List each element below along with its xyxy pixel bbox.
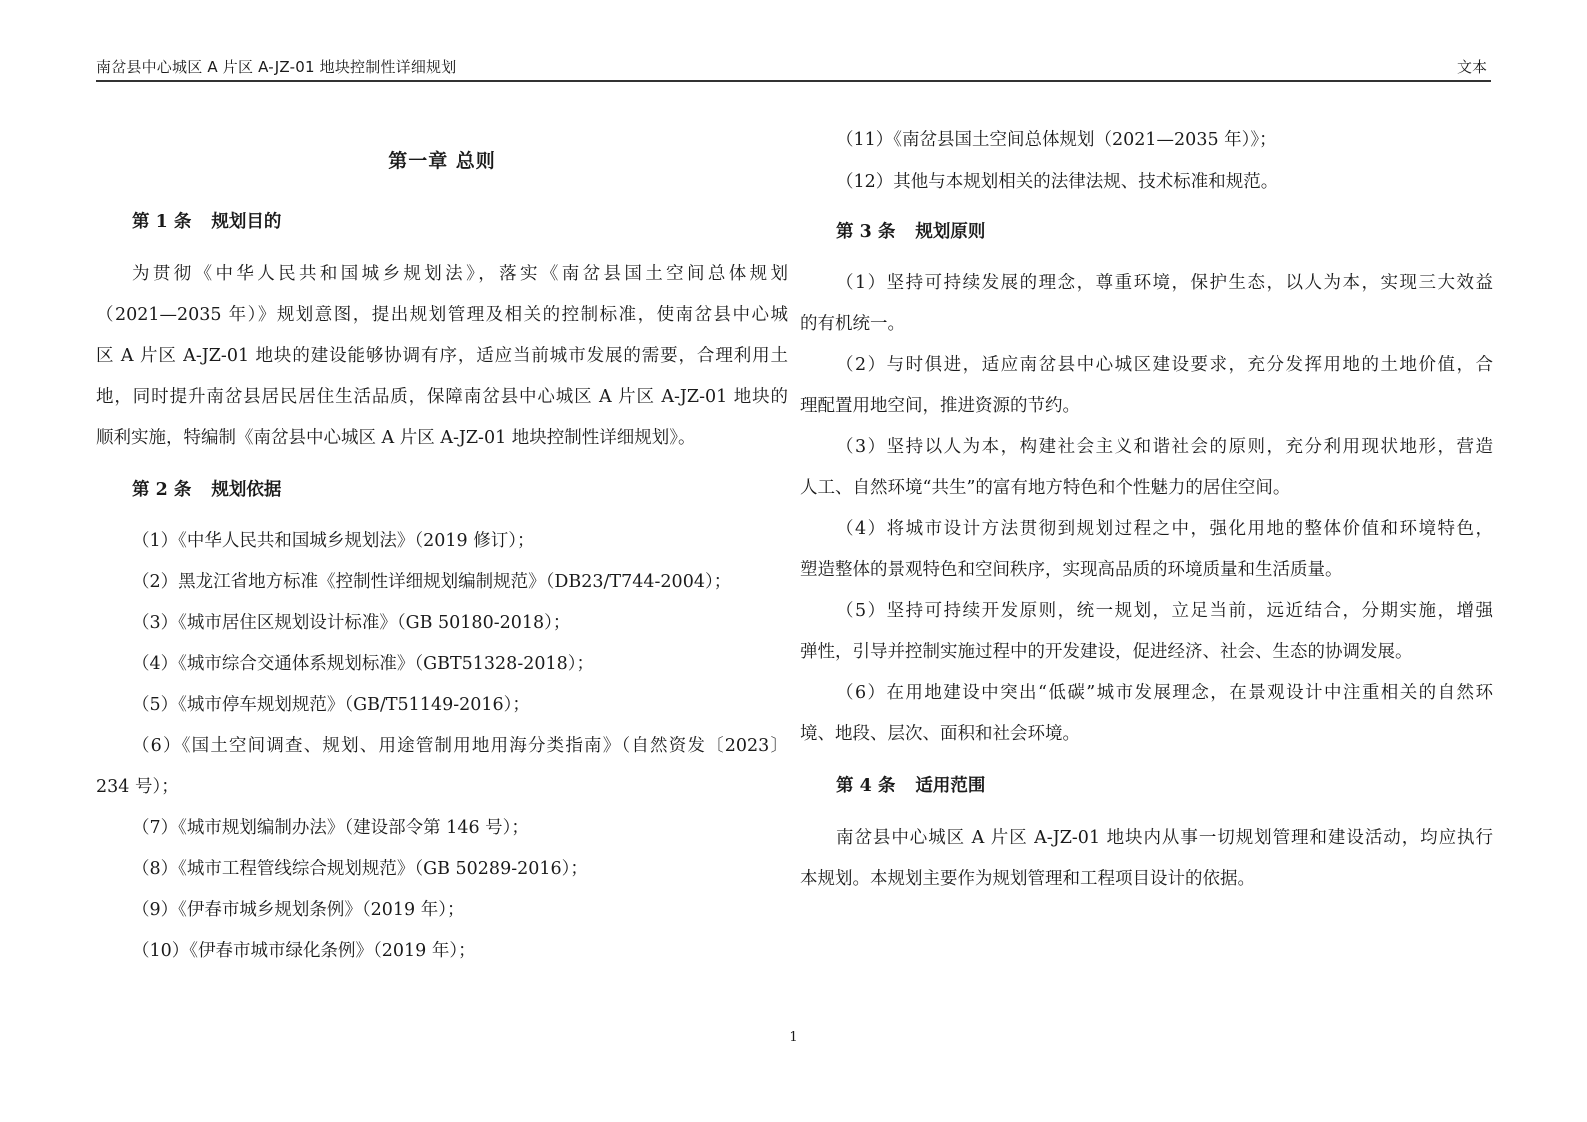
list-item: （1）《中华人民共和国城乡规划法》（2019 修订）；: [132, 529, 534, 553]
list-item-continued: 234 号）；: [96, 775, 179, 799]
article-4-heading: 第 4 条适用范围: [836, 774, 985, 798]
paragraph-line: （6）在用地建设中突出“低碳”城市发展理念，在景观设计中注重相关的自然环: [836, 681, 1493, 705]
list-item: （8）《城市工程管线综合规划规范》（GB 50289-2016）；: [132, 857, 588, 881]
list-item: （7）《城市规划编制办法》（建设部令第 146 号）；: [132, 816, 529, 840]
list-item: （10）《伊春市城市绿化条例》（2019 年）；: [132, 939, 476, 963]
list-item: （5）《城市停车规划规范》（GB/T51149-2016）；: [132, 693, 530, 717]
article-number: 第 4 条: [836, 776, 895, 796]
paragraph-line: （3）坚持以人为本，构建社会主义和谐社会的原则，充分利用现状地形，营造: [836, 435, 1493, 459]
paragraph-line: （4）将城市设计方法贯彻到规划过程之中，强化用地的整体价值和环境特色，: [836, 517, 1493, 541]
article-3-heading: 第 3 条规划原则: [836, 220, 985, 244]
section-label: 文本: [1457, 56, 1487, 78]
article-number: 第 2 条: [132, 480, 191, 500]
list-item: （3）《城市居住区规划设计标准》（GB 50180-2018）；: [132, 611, 570, 635]
list-item: （2）黑龙江省地方标准《控制性详细规划编制规范》（DB23/T744-2004）…: [132, 570, 731, 594]
list-item: （9）《伊春市城乡规划条例》（2019 年）；: [132, 898, 464, 922]
article-title: 规划依据: [211, 480, 281, 500]
paragraph-line: 塑造整体的景观特色和空间秩序，实现高品质的环境质量和生活质量。: [800, 558, 1343, 582]
article-number: 第 3 条: [836, 222, 895, 242]
paragraph-line: 境、地段、层次、面积和社会环境。: [800, 722, 1080, 746]
paragraph-line: 顺利实施，特编制《南岔县中心城区 A 片区 A-JZ-01 地块控制性详细规划》…: [96, 426, 696, 450]
paragraph-line: （2021—2035 年）》规划意图，提出规划管理及相关的控制标准，使南岔县中心…: [96, 303, 788, 327]
paragraph-line: 的有机统一。: [800, 312, 905, 336]
article-number: 第 1 条: [132, 212, 191, 232]
page-header: 南岔县中心城区 A 片区 A-JZ-01 地块控制性详细规划 文本: [96, 56, 1491, 82]
article-2-heading: 第 2 条规划依据: [132, 478, 281, 502]
article-title: 规划目的: [211, 212, 281, 232]
document-title: 南岔县中心城区 A 片区 A-JZ-01 地块控制性详细规划: [96, 56, 456, 78]
paragraph-line: 本规划。本规划主要作为规划管理和工程项目设计的依据。: [800, 867, 1255, 891]
paragraph-line: 区 A 片区 A-JZ-01 地块的建设能够协调有序，适应当前城市发展的需要，合…: [96, 344, 788, 368]
chapter-title: 第一章 总则: [96, 148, 788, 174]
article-title: 规划原则: [915, 222, 985, 242]
article-title: 适用范围: [915, 776, 985, 796]
paragraph-line: （2）与时俱进，适应南岔县中心城区建设要求，充分发挥用地的土地价值，合: [836, 353, 1493, 377]
paragraph-line: 人工、自然环境“共生”的富有地方特色和个性魅力的居住空间。: [800, 476, 1290, 500]
paragraph-line: 弹性，引导并控制实施过程中的开发建设，促进经济、社会、生态的协调发展。: [800, 640, 1413, 664]
list-item: （4）《城市综合交通体系规划标准》（GBT51328-2018）；: [132, 652, 594, 676]
paragraph-line: 理配置用地空间，推进资源的节约。: [800, 394, 1080, 418]
paragraph-line: （1）坚持可持续发展的理念，尊重环境，保护生态，以人为本，实现三大效益: [836, 271, 1493, 295]
paragraph-line: （5）坚持可持续开发原则，统一规划，立足当前，远近结合，分期实施，增强: [836, 599, 1493, 623]
list-item: （12）其他与本规划相关的法律法规、技术标准和规范。: [836, 170, 1278, 194]
paragraph-line: 地，同时提升南岔县居民居住生活品质，保障南岔县中心城区 A 片区 A-JZ-01…: [96, 385, 788, 409]
list-item: （11）《南岔县国土空间总体规划（2021—2035 年）》；: [836, 128, 1277, 152]
paragraph-line: 南岔县中心城区 A 片区 A-JZ-01 地块内从事一切规划管理和建设活动，均应…: [836, 826, 1493, 850]
article-1-heading: 第 1 条规划目的: [132, 210, 281, 234]
paragraph-line: 为贯彻《中华人民共和国城乡规划法》，落实《南岔县国土空间总体规划: [96, 262, 788, 286]
page-number: 1: [0, 1030, 1587, 1045]
list-item: （6）《国土空间调查、规划、用途管制用地用海分类指南》（自然资发〔2023〕: [132, 734, 788, 758]
